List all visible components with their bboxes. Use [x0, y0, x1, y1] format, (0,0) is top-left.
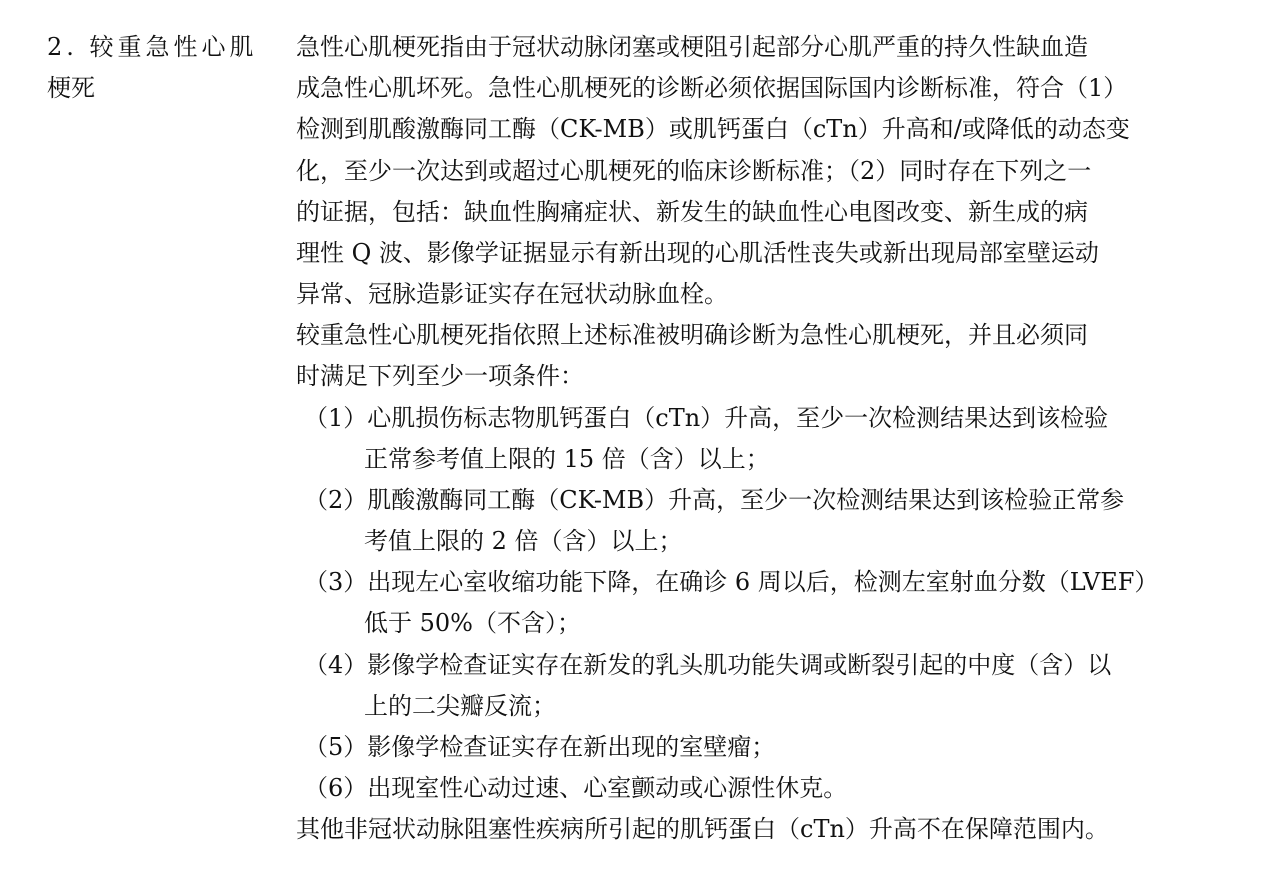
definition-text: 成急性心肌坏死。急性心肌梗死的诊断必须依据国际国内诊断标准，符合（1）: [296, 74, 1228, 102]
criteria-intro: 时满足下列至少一项条件：: [296, 362, 1228, 390]
definition-text: 化，至少一次达到或超过心肌梗死的临床诊断标准；（2）同时存在下列之一: [296, 157, 1228, 185]
condition-text: （1）心肌损伤标志物肌钙蛋白（cTn）升高，至少一次检测结果达到该检验: [304, 404, 1108, 432]
definition-text: 理性 Q 波、影像学证据显示有新出现的心肌活性丧失或新出现局部室壁运动: [296, 239, 1228, 267]
condition-text: （5）影像学检查证实存在新出现的室壁瘤；: [304, 733, 775, 761]
condition-text: （6）出现室性心动过速、心室颤动或心源性休克。: [304, 774, 847, 802]
term-title-line1: 2. 较重急性心肌: [47, 33, 258, 61]
exclusion-note: 其他非冠状动脉阻塞性疾病所引起的肌钙蛋白（cTn）升高不在保障范围内。: [296, 815, 1228, 843]
condition-text: （4）影像学检查证实存在新发的乳头肌功能失调或断裂引起的中度（含）以: [304, 651, 1111, 679]
condition-text-cont: 正常参考值上限的 15 倍（含）以上；: [364, 445, 770, 473]
condition-text: （2）肌酸激酶同工酶（CK-MB）升高，至少一次检测结果达到该检验正常参: [304, 486, 1124, 514]
condition-text: （3）出现左心室收缩功能下降，在确诊 6 周以后，检测左室射血分数（LVEF）: [304, 568, 1158, 596]
definition-text: 的证据，包括：缺血性胸痛症状、新发生的缺血性心电图改变、新生成的病: [296, 198, 1228, 226]
definition-text: 急性心肌梗死指由于冠状动脉闭塞或梗阻引起部分心肌严重的持久性缺血造: [296, 33, 1228, 61]
criteria-intro: 较重急性心肌梗死指依照上述标准被明确诊断为急性心肌梗死，并且必须同: [296, 321, 1228, 349]
term-title-line2: 梗死: [47, 74, 95, 102]
condition-text-cont: 低于 50%（不含）；: [364, 609, 581, 637]
definition-text: 检测到肌酸激酶同工酶（CK-MB）或肌钙蛋白（cTn）升高和/或降低的动态变: [296, 115, 1228, 143]
condition-text-cont: 考值上限的 2 倍（含）以上；: [364, 527, 683, 555]
condition-text-cont: 上的二尖瓣反流；: [364, 692, 556, 720]
definition-text: 异常、冠脉造影证实存在冠状动脉血栓。: [296, 280, 1228, 308]
